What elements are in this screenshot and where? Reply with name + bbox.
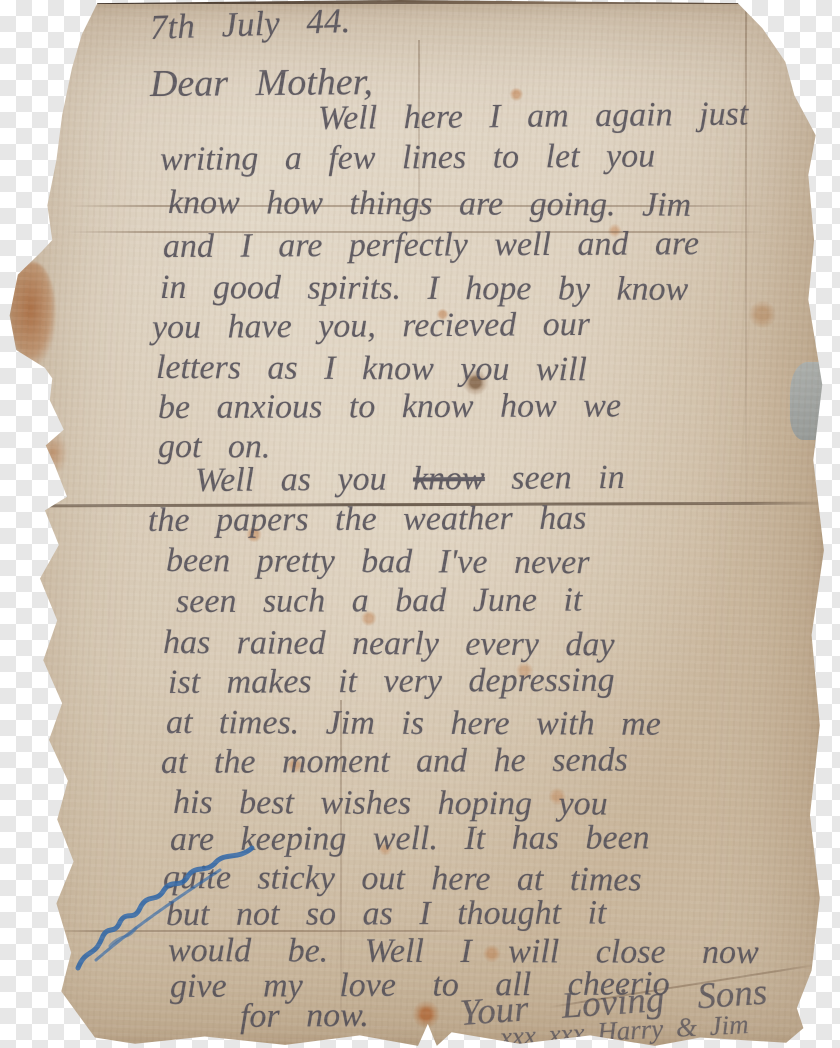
letter-line: the papers the weather has xyxy=(148,500,587,540)
letter-line: letters as I know you will xyxy=(156,349,587,389)
letter-line: at the moment and he sends xyxy=(161,742,628,782)
fold-crease xyxy=(745,0,747,520)
closing-for-now: for now. xyxy=(240,997,369,1036)
letter-line: know how things are going. Jim xyxy=(168,184,691,225)
letter-line: ist makes it very depressing xyxy=(168,662,615,702)
letter-scan-image: { "letter": { "date": "7th July 44.", "s… xyxy=(0,0,840,1048)
letter-line: and I are perfectly well and are xyxy=(163,225,699,266)
letter-line-strikeout: Well as you know seen in xyxy=(195,459,625,500)
letter-line: be anxious to know how we xyxy=(158,387,621,427)
letter-line: his best wishes hoping you xyxy=(173,784,608,824)
letter-line: in good spirits. I hope by know xyxy=(160,269,688,309)
letter-date: 7th July 44. xyxy=(149,1,351,48)
blue-ink-scribble xyxy=(70,842,265,974)
letter-line: has rained nearly every day xyxy=(163,624,615,664)
strike-post-text: seen in xyxy=(511,459,625,497)
letter-line: writing a few lines to let you xyxy=(160,138,655,179)
letter-line: you have you, recieved our xyxy=(152,306,590,347)
strike-pre-text: Well as you xyxy=(195,460,413,499)
letter-paper: 7th July 44. Dear Mother, Well here I am… xyxy=(8,0,828,1048)
letter-line: at times. Jim is here with me xyxy=(166,704,661,744)
letter-line: been pretty bad I've never xyxy=(166,542,590,582)
letter-line: seen such a bad June it xyxy=(176,582,582,621)
struck-word: know xyxy=(413,460,485,498)
letter-line: Well here I am again just xyxy=(318,95,749,138)
